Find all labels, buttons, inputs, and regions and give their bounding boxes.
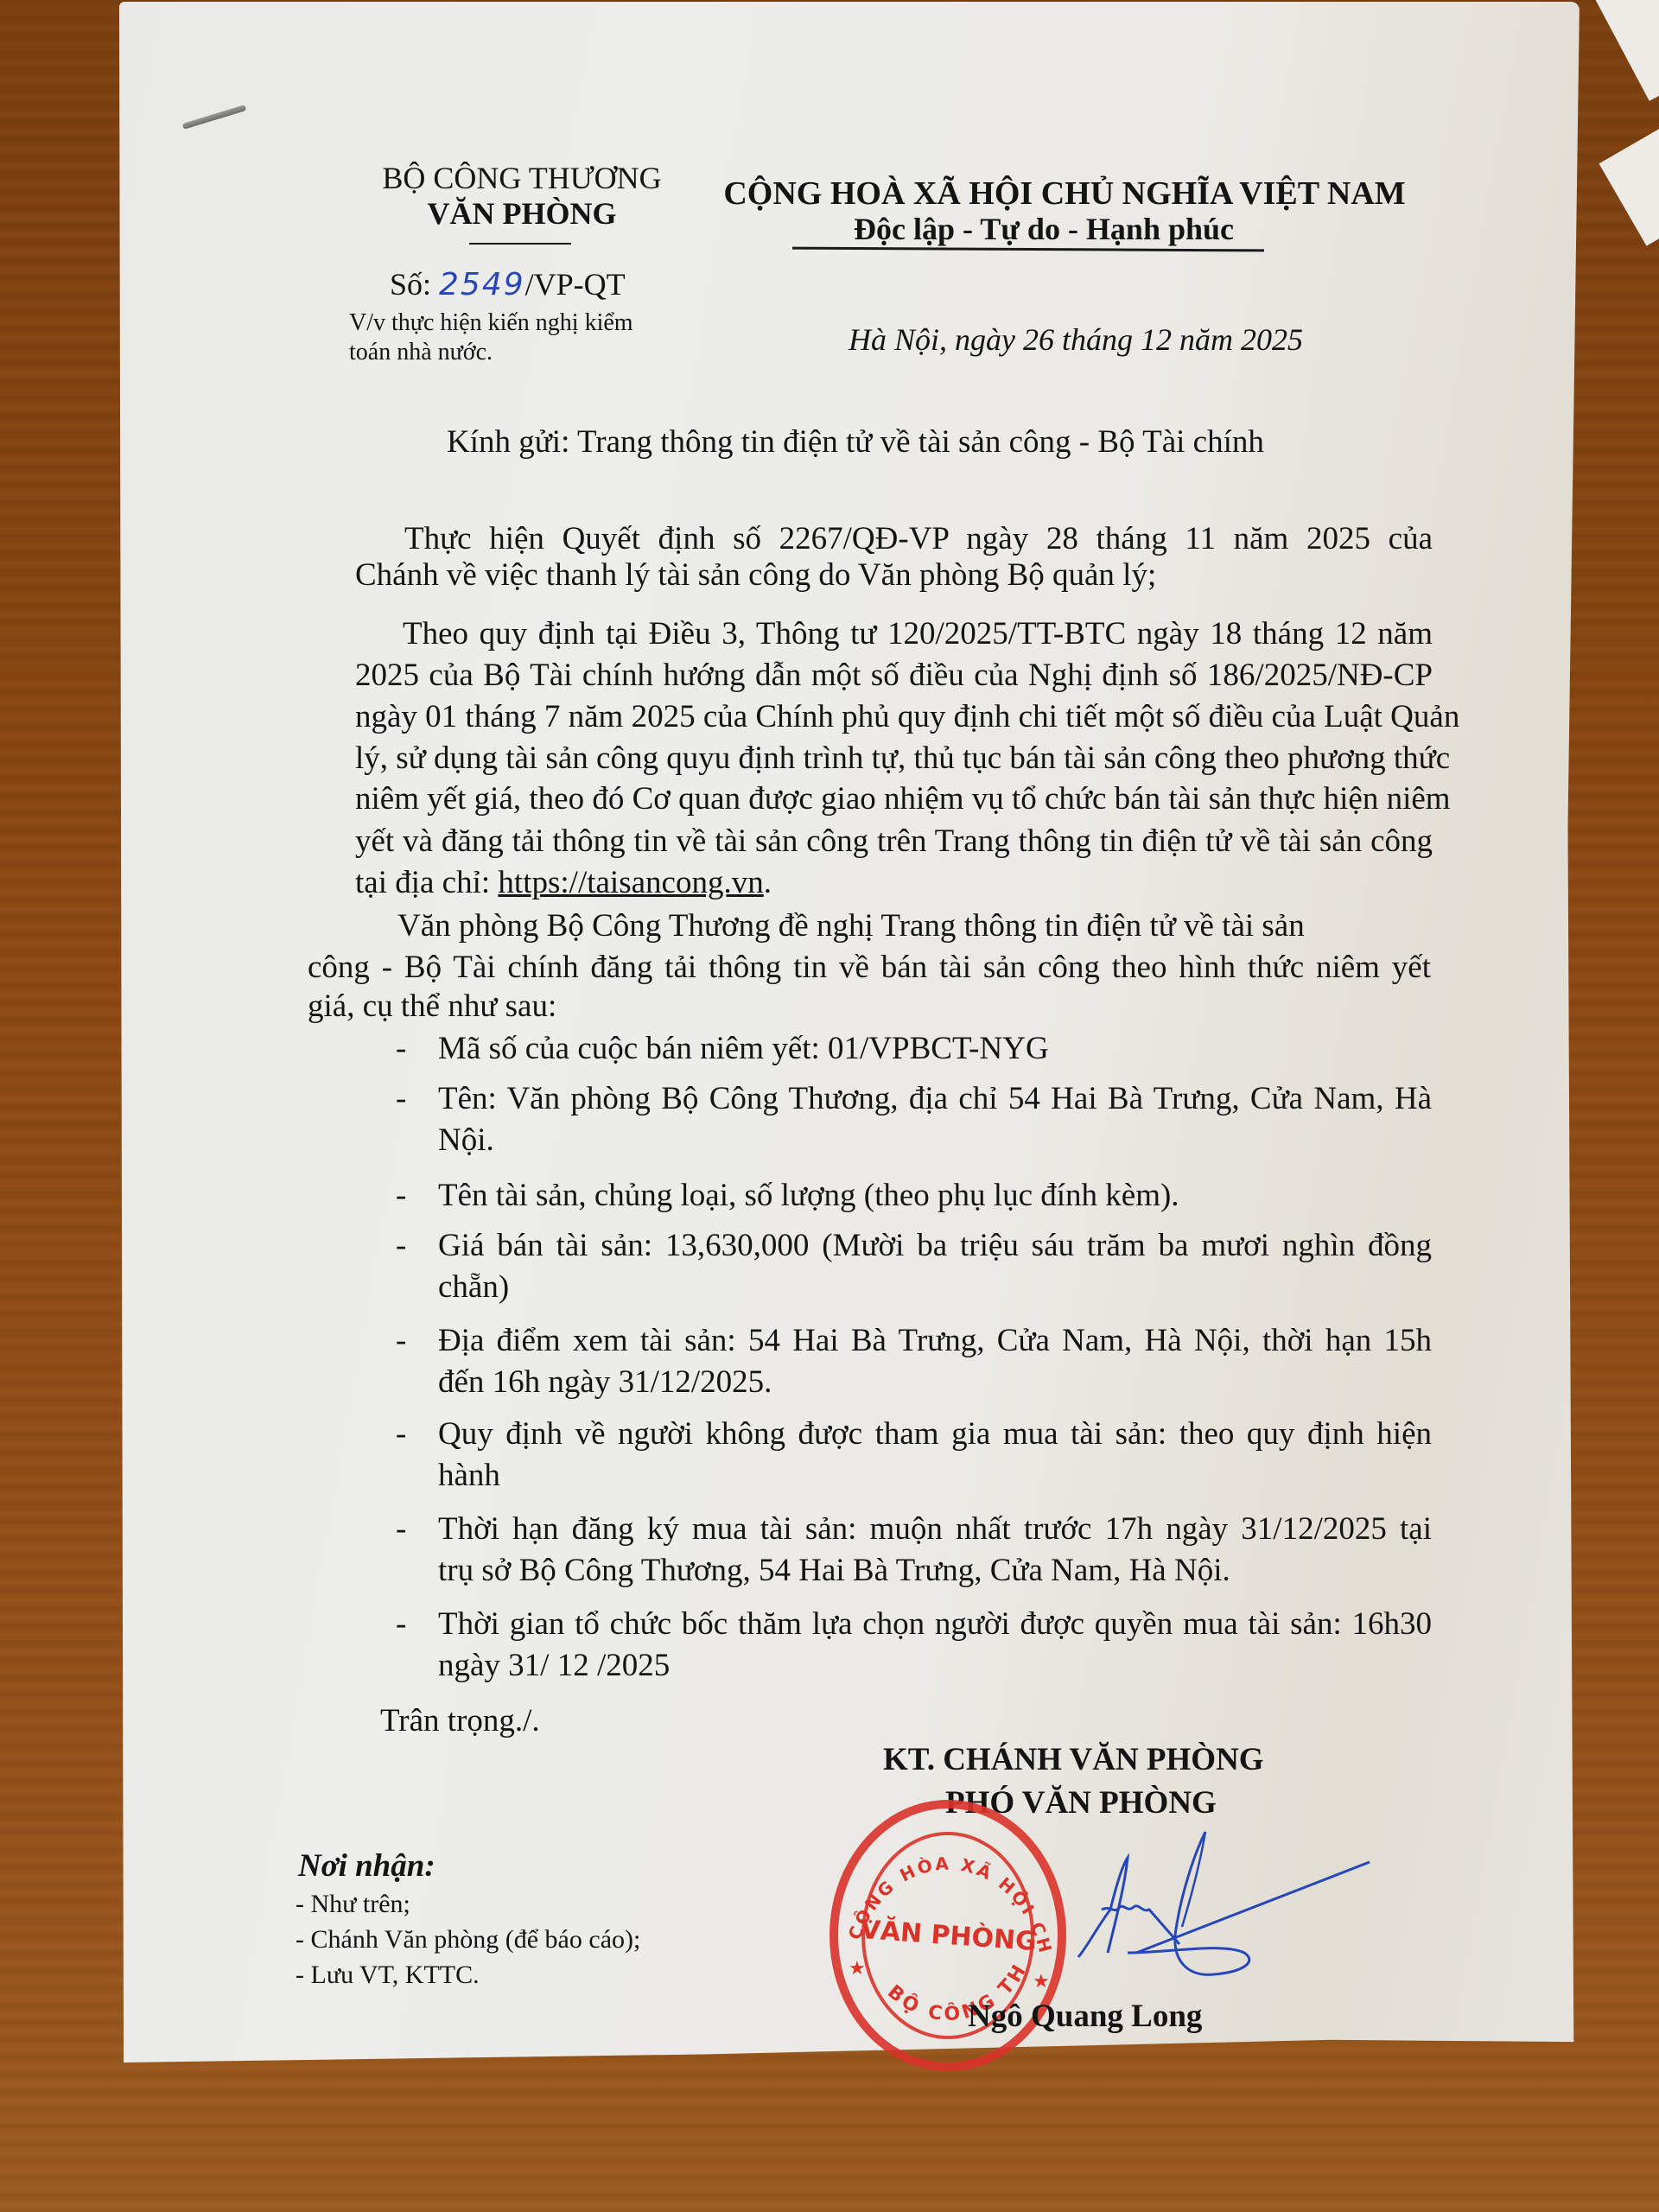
paragraph-3-line: giá, cụ thể như sau: bbox=[308, 988, 556, 1025]
paragraph-2-last-line: tại địa chỉ: https://taisancong.vn. bbox=[355, 864, 772, 901]
bullet-item-line: Mã số của cuộc bán niêm yết: 01/VPBCT-NY… bbox=[438, 1030, 1049, 1067]
number-prefix: Số: bbox=[390, 267, 439, 302]
addressee: Kính gửi: Trang thông tin điện tử về tài… bbox=[447, 423, 1264, 461]
place-date: Hà Nội, ngày 26 tháng 12 năm 2025 bbox=[849, 321, 1303, 358]
stamp-center-text: VĂN PHÒNG bbox=[860, 1913, 1038, 1957]
handwritten-number: 2549 bbox=[439, 267, 525, 302]
bullet-item-line: Quy định về người không được tham gia mu… bbox=[438, 1415, 1432, 1452]
svg-text:BỘ CÔNG THƯƠNG: BỘ CÔNG THƯƠNG bbox=[823, 1776, 1033, 2025]
svg-text:★: ★ bbox=[849, 1957, 866, 1979]
bullet-item-line: Địa điểm xem tài sản: 54 Hai Bà Trưng, C… bbox=[438, 1322, 1432, 1359]
paragraph-2-line: 2025 của Bộ Tài chính hướng dẫn một số đ… bbox=[355, 657, 1433, 694]
recipient-item: - Lưu VT, KTTC. bbox=[296, 1961, 480, 1990]
bullet-item-line: Tên tài sản, chủng loại, số lượng (theo … bbox=[438, 1177, 1179, 1214]
bullet-item-line: Giá bán tài sản: 13,630,000 (Mười ba tri… bbox=[438, 1227, 1432, 1264]
office-name: VĂN PHÒNG bbox=[428, 195, 617, 232]
bullet-dash: - bbox=[396, 1510, 406, 1548]
bullet-dash: - bbox=[396, 1030, 406, 1067]
recipients-title: Nơi nhận: bbox=[298, 1847, 435, 1885]
handwritten-signature-icon bbox=[1028, 1823, 1391, 1987]
bullet-item-line: Thời hạn đăng ký mua tài sản: muộn nhất … bbox=[438, 1510, 1432, 1548]
subject-line-1: V/v thực hiện kiến nghị kiểm bbox=[349, 309, 633, 337]
closing: Trân trọng./. bbox=[380, 1702, 540, 1739]
paragraph-2-line: lý, sử dụng tài sản công quyu định trình… bbox=[355, 740, 1433, 777]
nation-title: CỘNG HOÀ XÃ HỘI CHỦ NGHĨA VIỆT NAM bbox=[723, 175, 1405, 213]
bullet-dash: - bbox=[396, 1227, 406, 1264]
taisancong-link[interactable]: https://taisancong.vn bbox=[498, 865, 763, 900]
bullet-item-line: ngày 31/ 12 /2025 bbox=[438, 1647, 670, 1684]
bullet-item-line: đến 16h ngày 31/12/2025. bbox=[438, 1363, 772, 1401]
national-motto: Độc lập - Tự do - Hạnh phúc bbox=[854, 211, 1234, 247]
document-number: Số: 2549/VP-QT bbox=[390, 266, 626, 302]
paragraph-2-line: niêm yết giá, theo đó Cơ quan được giao … bbox=[355, 780, 1433, 817]
ministry-name: BỘ CÔNG THƯƠNG bbox=[382, 160, 661, 196]
paragraph-3-line: Văn phòng Bộ Công Thương đề nghị Trang t… bbox=[397, 907, 1305, 944]
bullet-item-line: Nội. bbox=[438, 1122, 494, 1159]
paragraph-2-line: Theo quy định tại Điều 3, Thông tư 120/2… bbox=[403, 615, 1433, 652]
paragraph-2-line: ngày 01 tháng 7 năm 2025 của Chính phủ q… bbox=[355, 698, 1433, 735]
period: . bbox=[764, 865, 772, 900]
paragraph-1-line: Thực hiện Quyết định số 2267/QĐ-VP ngày … bbox=[404, 520, 1433, 557]
bullet-item-line: chẵn) bbox=[438, 1268, 509, 1306]
stamp-outer-bottom-text: BỘ CÔNG THƯƠNG bbox=[823, 1776, 1033, 2025]
subject-line-2: toán nhà nước. bbox=[349, 339, 493, 366]
header-left-rule bbox=[469, 243, 571, 245]
paragraph-1-line: Chánh về việc thanh lý tài sản công do V… bbox=[355, 556, 1156, 594]
bullet-dash: - bbox=[396, 1415, 406, 1452]
bullet-dash: - bbox=[396, 1080, 406, 1117]
bullet-item-line: Thời gian tổ chức bốc thăm lựa chọn ngườ… bbox=[438, 1605, 1432, 1643]
bullet-dash: - bbox=[396, 1322, 406, 1359]
recipient-item: - Chánh Văn phòng (để báo cáo); bbox=[296, 1925, 640, 1955]
number-suffix: /VP-QT bbox=[525, 267, 626, 302]
signer-name: Ngô Quang Long bbox=[968, 1998, 1202, 2035]
signature-title-line-1: KT. CHÁNH VĂN PHÒNG bbox=[883, 1741, 1264, 1778]
paragraph-3-line: công - Bộ Tài chính đăng tải thông tin v… bbox=[308, 949, 1431, 986]
recipient-item: - Như trên; bbox=[296, 1890, 410, 1919]
bullet-item-line: hành bbox=[438, 1457, 500, 1494]
bullet-item-line: Tên: Văn phòng Bộ Công Thương, địa chỉ 5… bbox=[438, 1080, 1432, 1117]
bullet-dash: - bbox=[396, 1605, 406, 1643]
bullet-dash: - bbox=[396, 1177, 406, 1214]
address-label: tại địa chỉ: bbox=[355, 865, 498, 900]
bullet-item-line: trụ sở Bộ Công Thương, 54 Hai Bà Trưng, … bbox=[438, 1552, 1230, 1589]
paragraph-2-line: yết và đăng tải thông tin về tài sản côn… bbox=[355, 823, 1433, 860]
